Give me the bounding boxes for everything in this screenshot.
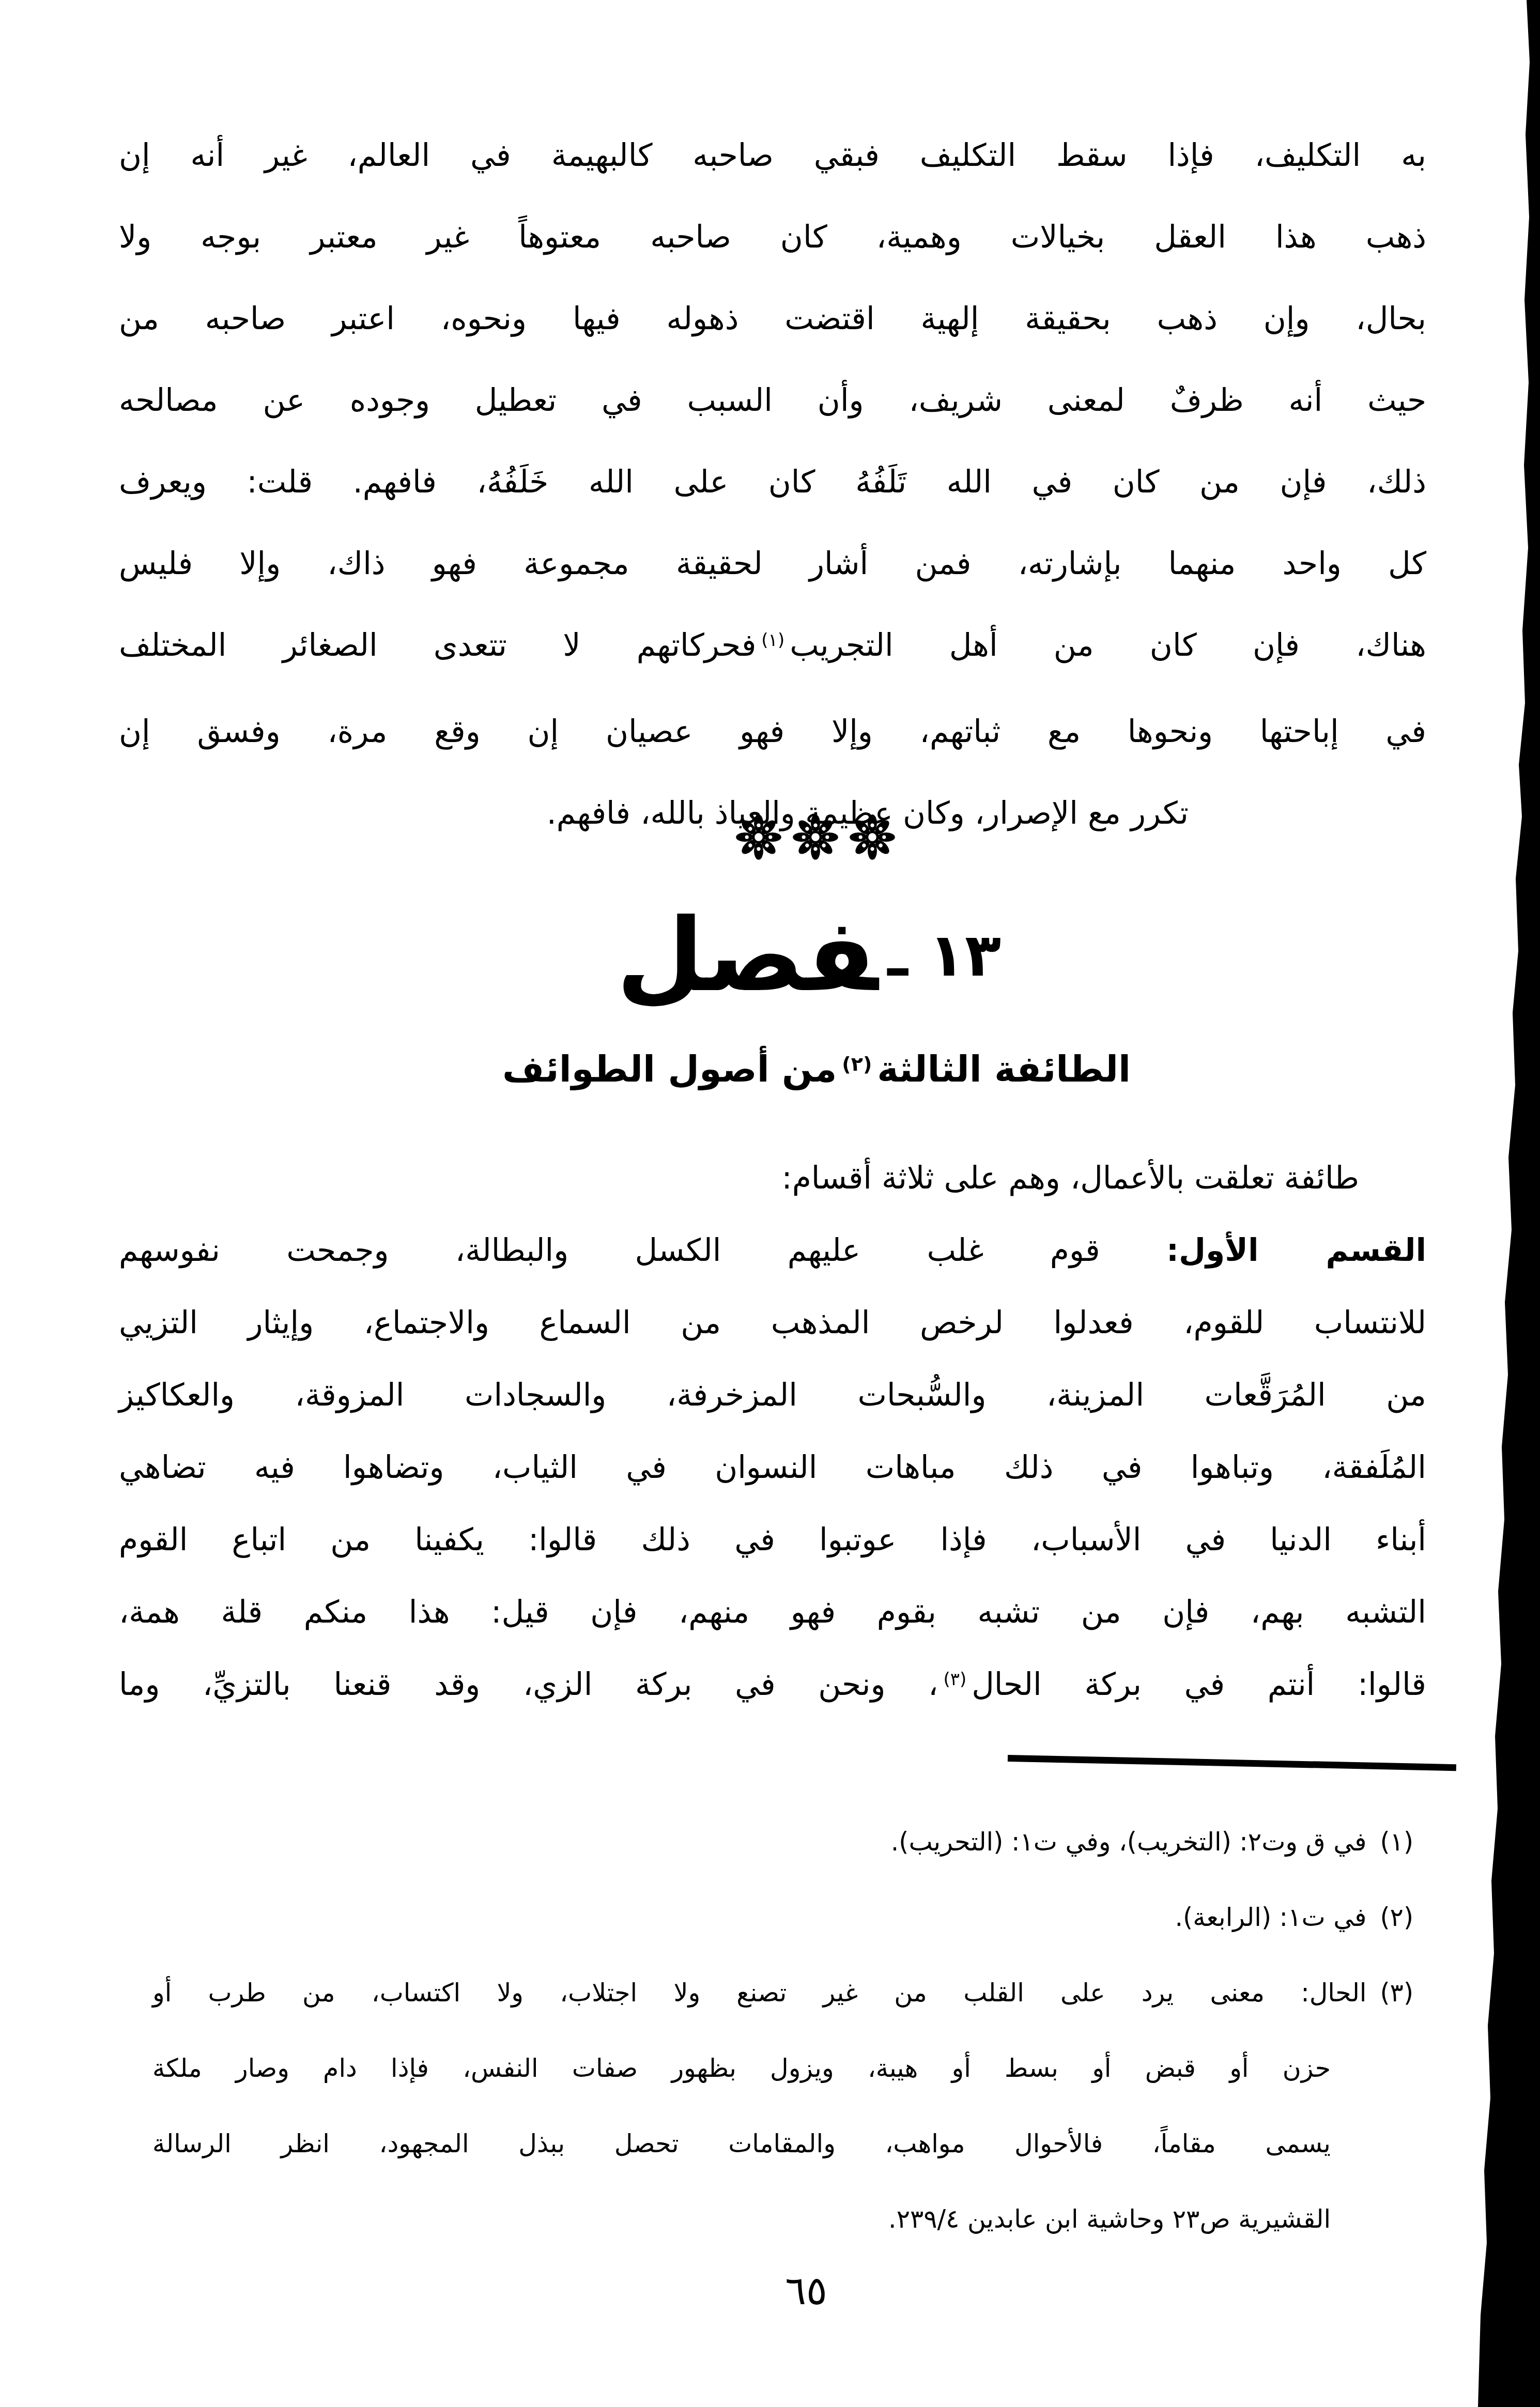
text-run: فحركاتهم لا تتعدى الصغائر المختلف (119, 627, 756, 664)
text-line: قالوا: أنتم في بركة الحال(٣)، ونحن في بر… (119, 1648, 1426, 1725)
text-line: المُلَفقة، وتباهوا في ذلك مباهات النسوان… (119, 1431, 1426, 1504)
footnote-3-continuation: يسمى مقاماً، فالأحوال مواهب، والمقامات ت… (152, 2106, 1413, 2182)
text-line: القسم الأول: قوم غلب عليهم الكسل والبطال… (119, 1214, 1426, 1287)
paragraph-main: به التكليف، فإذا سقط التكليف فبقي صاحبه … (119, 115, 1426, 854)
footnote-3-continuation: حزن أو قبض أو بسط أو هيبة، ويزول بظهور ص… (152, 2031, 1413, 2106)
footnote-text: في ت١: (الرابعة). (1175, 1903, 1366, 1932)
text-line: أبناء الدنيا في الأسباب، فإذا عوتبوا في … (119, 1504, 1426, 1576)
footnote-marker: (٣) (1380, 1978, 1413, 2008)
footnote-ref-3: (٣) (943, 1643, 966, 1716)
text-run-bold: القسم الأول: (1166, 1232, 1426, 1269)
text-line: كل واحد منهما بإشارته، فمن أشار لحقيقة م… (119, 523, 1426, 605)
footnote-text: الحال: معنى يرد على القلب من غير تصنع ول… (152, 1978, 1366, 2008)
text-line: التشبه بهم، فإن من تشبه بقوم فهو منهم، ف… (119, 1576, 1426, 1648)
footnote-1: (١)في ق وت٢: (التخريب)، وفي ت١: (التحريب… (152, 1804, 1413, 1880)
subtitle-text: من أصول الطوائف (502, 1048, 837, 1090)
footnote-text: في ق وت٢: (التخريب)، وفي ت١: (التحريب). (891, 1827, 1367, 1857)
footnote-separator-rule (1008, 1755, 1456, 1771)
page-number: ٦٥ (152, 2267, 1460, 2313)
text-line: للانتساب للقوم، فعدلوا لرخص المذهب من ال… (119, 1287, 1426, 1359)
text-line: طائفة تعلقت بالأعمال، وهم على ثلاثة أقسا… (119, 1142, 1426, 1214)
footnote-3: (٣)الحال: معنى يرد على القلب من غير تصنع… (152, 1955, 1413, 2031)
florette-icon (734, 812, 783, 862)
footnote-ref-1: (١) (761, 599, 784, 681)
chapter-title: فصل (617, 897, 879, 1014)
paragraph-section: طائفة تعلقت بالأعمال، وهم على ثلاثة أقسا… (119, 1142, 1426, 1725)
footnote-marker: (٢) (1380, 1903, 1413, 1932)
footnote-marker: (١) (1380, 1827, 1413, 1857)
text-run: قالوا: أنتم في بركة الحال (972, 1667, 1426, 1703)
ornament-row (734, 812, 897, 862)
footnotes-block: (١)في ق وت٢: (التخريب)، وفي ت١: (التحريب… (152, 1804, 1413, 2257)
scan-edge-artifact (1473, 0, 1540, 2407)
footnote-ref-2: (٢) (842, 1053, 872, 1075)
florette-icon (848, 812, 897, 862)
text-line: بحال، وإن ذهب بحقيقة إلهية اقتضت ذهوله ف… (119, 278, 1426, 360)
chapter-number: ١٣ ـ (887, 921, 1001, 990)
section-subtitle: الطائفة الثالثة(٢)من أصول الطوائف (163, 1048, 1470, 1090)
footnote-2: (٢)في ت١: (الرابعة). (152, 1880, 1413, 1955)
book-page-scan: به التكليف، فإذا سقط التكليف فبقي صاحبه … (0, 0, 1540, 2407)
text-run: قوم غلب عليهم الكسل والبطالة، وجمحت نفوس… (119, 1232, 1100, 1269)
text-line: ذلك، فإن من كان في الله تَلَفُهُ كان على… (119, 441, 1426, 523)
text-line: هناك، فإن كان من أهل التجريب(١)فحركاتهم … (119, 605, 1426, 691)
subtitle-text: الطائفة الثالثة (877, 1048, 1131, 1090)
footnote-3-continuation: القشيرية ص٢٣ وحاشية ابن عابدين ٢٣٩/٤. (152, 2182, 1413, 2257)
florette-icon (791, 812, 840, 862)
text-line: به التكليف، فإذا سقط التكليف فبقي صاحبه … (119, 115, 1426, 196)
text-run: هناك، فإن كان من أهل التجريب (790, 627, 1426, 664)
text-line: في إباحتها ونحوها مع ثباتهم، وإلا فهو عص… (119, 691, 1426, 773)
text-run: ، ونحن في بركة الزي، وقد قنعنا بالتزيِّ،… (119, 1667, 938, 1703)
text-line: من المُرَقَّعات المزينة، والسُّبحات المز… (119, 1359, 1426, 1431)
text-line: حيث أنه ظرفٌ لمعنى شريف، وأن السبب في تع… (119, 360, 1426, 441)
text-line: ذهب هذا العقل بخيالات وهمية، كان صاحبه م… (119, 196, 1426, 278)
chapter-heading: ١٣ ـفصل (155, 897, 1462, 1014)
